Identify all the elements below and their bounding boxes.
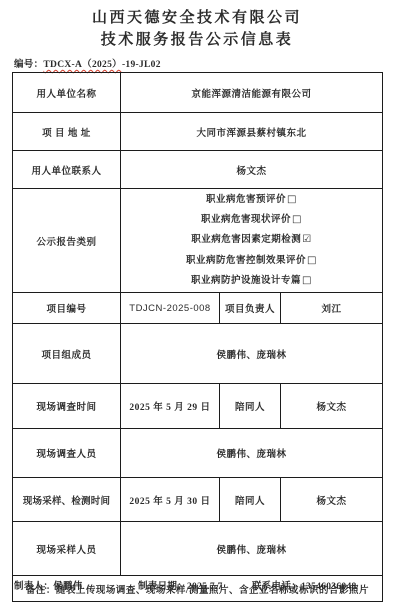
table-date: 制表日期：2025.7.7 bbox=[138, 578, 223, 592]
report-type-options: 职业病危害预评价□ 职业病危害现状评价□ 职业病危害因素定期检测☑ 职业病防危害… bbox=[121, 189, 383, 293]
document-number-code-rest: -19-JL02 bbox=[122, 60, 161, 70]
option-control-effect-evaluation: 职业病防危害控制效果评价□ bbox=[123, 251, 380, 271]
project-address-label: 项 目 地 址 bbox=[13, 113, 121, 151]
project-team-value: 侯鹏伟、庞瑞林 bbox=[121, 324, 383, 384]
document-number: 编号：TDCX-A（2025）-19-JL02 bbox=[14, 56, 161, 70]
survey-escort-value: 杨文杰 bbox=[281, 384, 383, 429]
row-project-team: 项目组成员 侯鹏伟、庞瑞林 bbox=[13, 324, 383, 384]
option-control-effect-evaluation-text: 职业病防危害控制效果评价 bbox=[186, 256, 306, 266]
project-address-value: 大同市浑源县蔡村镇东北 bbox=[121, 113, 383, 151]
checkbox-unchecked-icon: □ bbox=[302, 275, 312, 286]
option-pre-evaluation-text: 职业病危害预评价 bbox=[206, 195, 286, 205]
row-sampling-time: 现场采样、检测时间 2025 年 5 月 30 日 陪同人 杨文杰 bbox=[13, 478, 383, 522]
survey-staff-label: 现场调查人员 bbox=[13, 429, 121, 478]
form-name-title: 技术服务报告公示信息表 bbox=[0, 29, 394, 51]
document-title: 山西天德安全技术有限公司 技术服务报告公示信息表 bbox=[0, 0, 394, 51]
survey-time-label: 现场调查时间 bbox=[13, 384, 121, 429]
row-survey-staff: 现场调查人员 侯鹏伟、庞瑞林 bbox=[13, 429, 383, 478]
document-page: 山西天德安全技术有限公司 技术服务报告公示信息表 编号：TDCX-A（2025）… bbox=[0, 0, 394, 603]
sampling-staff-label: 现场采样人员 bbox=[13, 522, 121, 576]
option-periodic-detection: 职业病危害因素定期检测☑ bbox=[123, 230, 380, 250]
sampling-staff-value: 侯鹏伟、庞瑞林 bbox=[121, 522, 383, 576]
row-sampling-staff: 现场采样人员 侯鹏伟、庞瑞林 bbox=[13, 522, 383, 576]
option-status-evaluation: 职业病危害现状评价□ bbox=[123, 210, 380, 230]
option-status-evaluation-text: 职业病危害现状评价 bbox=[201, 215, 291, 225]
checkbox-checked-icon: ☑ bbox=[302, 234, 311, 245]
checkbox-unchecked-icon: □ bbox=[287, 194, 297, 205]
project-number-label: 项目编号 bbox=[13, 293, 121, 324]
row-project-address: 项 目 地 址 大同市浑源县蔡村镇东北 bbox=[13, 113, 383, 151]
document-footer: 制表人：侯鹏伟 制表日期：2025.7.7 联系电话：13546036048 bbox=[0, 578, 394, 592]
company-name-title: 山西天德安全技术有限公司 bbox=[0, 7, 394, 29]
sampling-time-value: 2025 年 5 月 30 日 bbox=[121, 478, 220, 522]
employer-name-label: 用人单位名称 bbox=[13, 73, 121, 113]
report-info-table: 用人单位名称 京能浑源清洁能源有限公司 项 目 地 址 大同市浑源县蔡村镇东北 … bbox=[12, 72, 383, 602]
survey-staff-value: 侯鹏伟、庞瑞林 bbox=[121, 429, 383, 478]
row-project-number: 项目编号 TDJCN-2025-008 项目负责人 刘江 bbox=[13, 293, 383, 324]
row-survey-time: 现场调查时间 2025 年 5 月 29 日 陪同人 杨文杰 bbox=[13, 384, 383, 429]
report-type-label: 公示报告类别 bbox=[13, 189, 121, 293]
project-team-label: 项目组成员 bbox=[13, 324, 121, 384]
option-pre-evaluation: 职业病危害预评价□ bbox=[123, 190, 380, 210]
document-number-label: 编号： bbox=[14, 60, 43, 70]
row-employer-name: 用人单位名称 京能浑源清洁能源有限公司 bbox=[13, 73, 383, 113]
row-report-type: 公示报告类别 职业病危害预评价□ 职业病危害现状评价□ 职业病危害因素定期检测☑… bbox=[13, 189, 383, 293]
employer-contact-label: 用人单位联系人 bbox=[13, 151, 121, 189]
survey-escort-label: 陪同人 bbox=[220, 384, 281, 429]
project-leader-label: 项目负责人 bbox=[220, 293, 281, 324]
checkbox-unchecked-icon: □ bbox=[307, 255, 317, 266]
row-employer-contact: 用人单位联系人 杨文杰 bbox=[13, 151, 383, 189]
document-number-code-spellcheck: TDCX-A（2025） bbox=[43, 60, 122, 70]
table-maker: 制表人：侯鹏伟 bbox=[14, 578, 83, 592]
option-periodic-detection-text: 职业病危害因素定期检测 bbox=[191, 235, 301, 245]
contact-phone: 联系电话：13546036048 bbox=[252, 578, 357, 592]
employer-name-value: 京能浑源清洁能源有限公司 bbox=[121, 73, 383, 113]
sampling-time-label: 现场采样、检测时间 bbox=[13, 478, 121, 522]
checkbox-unchecked-icon: □ bbox=[292, 214, 302, 225]
project-leader-value: 刘江 bbox=[281, 293, 383, 324]
project-number-value: TDJCN-2025-008 bbox=[121, 293, 220, 324]
survey-time-value: 2025 年 5 月 29 日 bbox=[121, 384, 220, 429]
employer-contact-value: 杨文杰 bbox=[121, 151, 383, 189]
sampling-escort-label: 陪同人 bbox=[220, 478, 281, 522]
option-protection-design-text: 职业病防护设施设计专篇 bbox=[191, 276, 301, 286]
option-protection-design: 职业病防护设施设计专篇□ bbox=[123, 271, 380, 291]
sampling-escort-value: 杨文杰 bbox=[281, 478, 383, 522]
